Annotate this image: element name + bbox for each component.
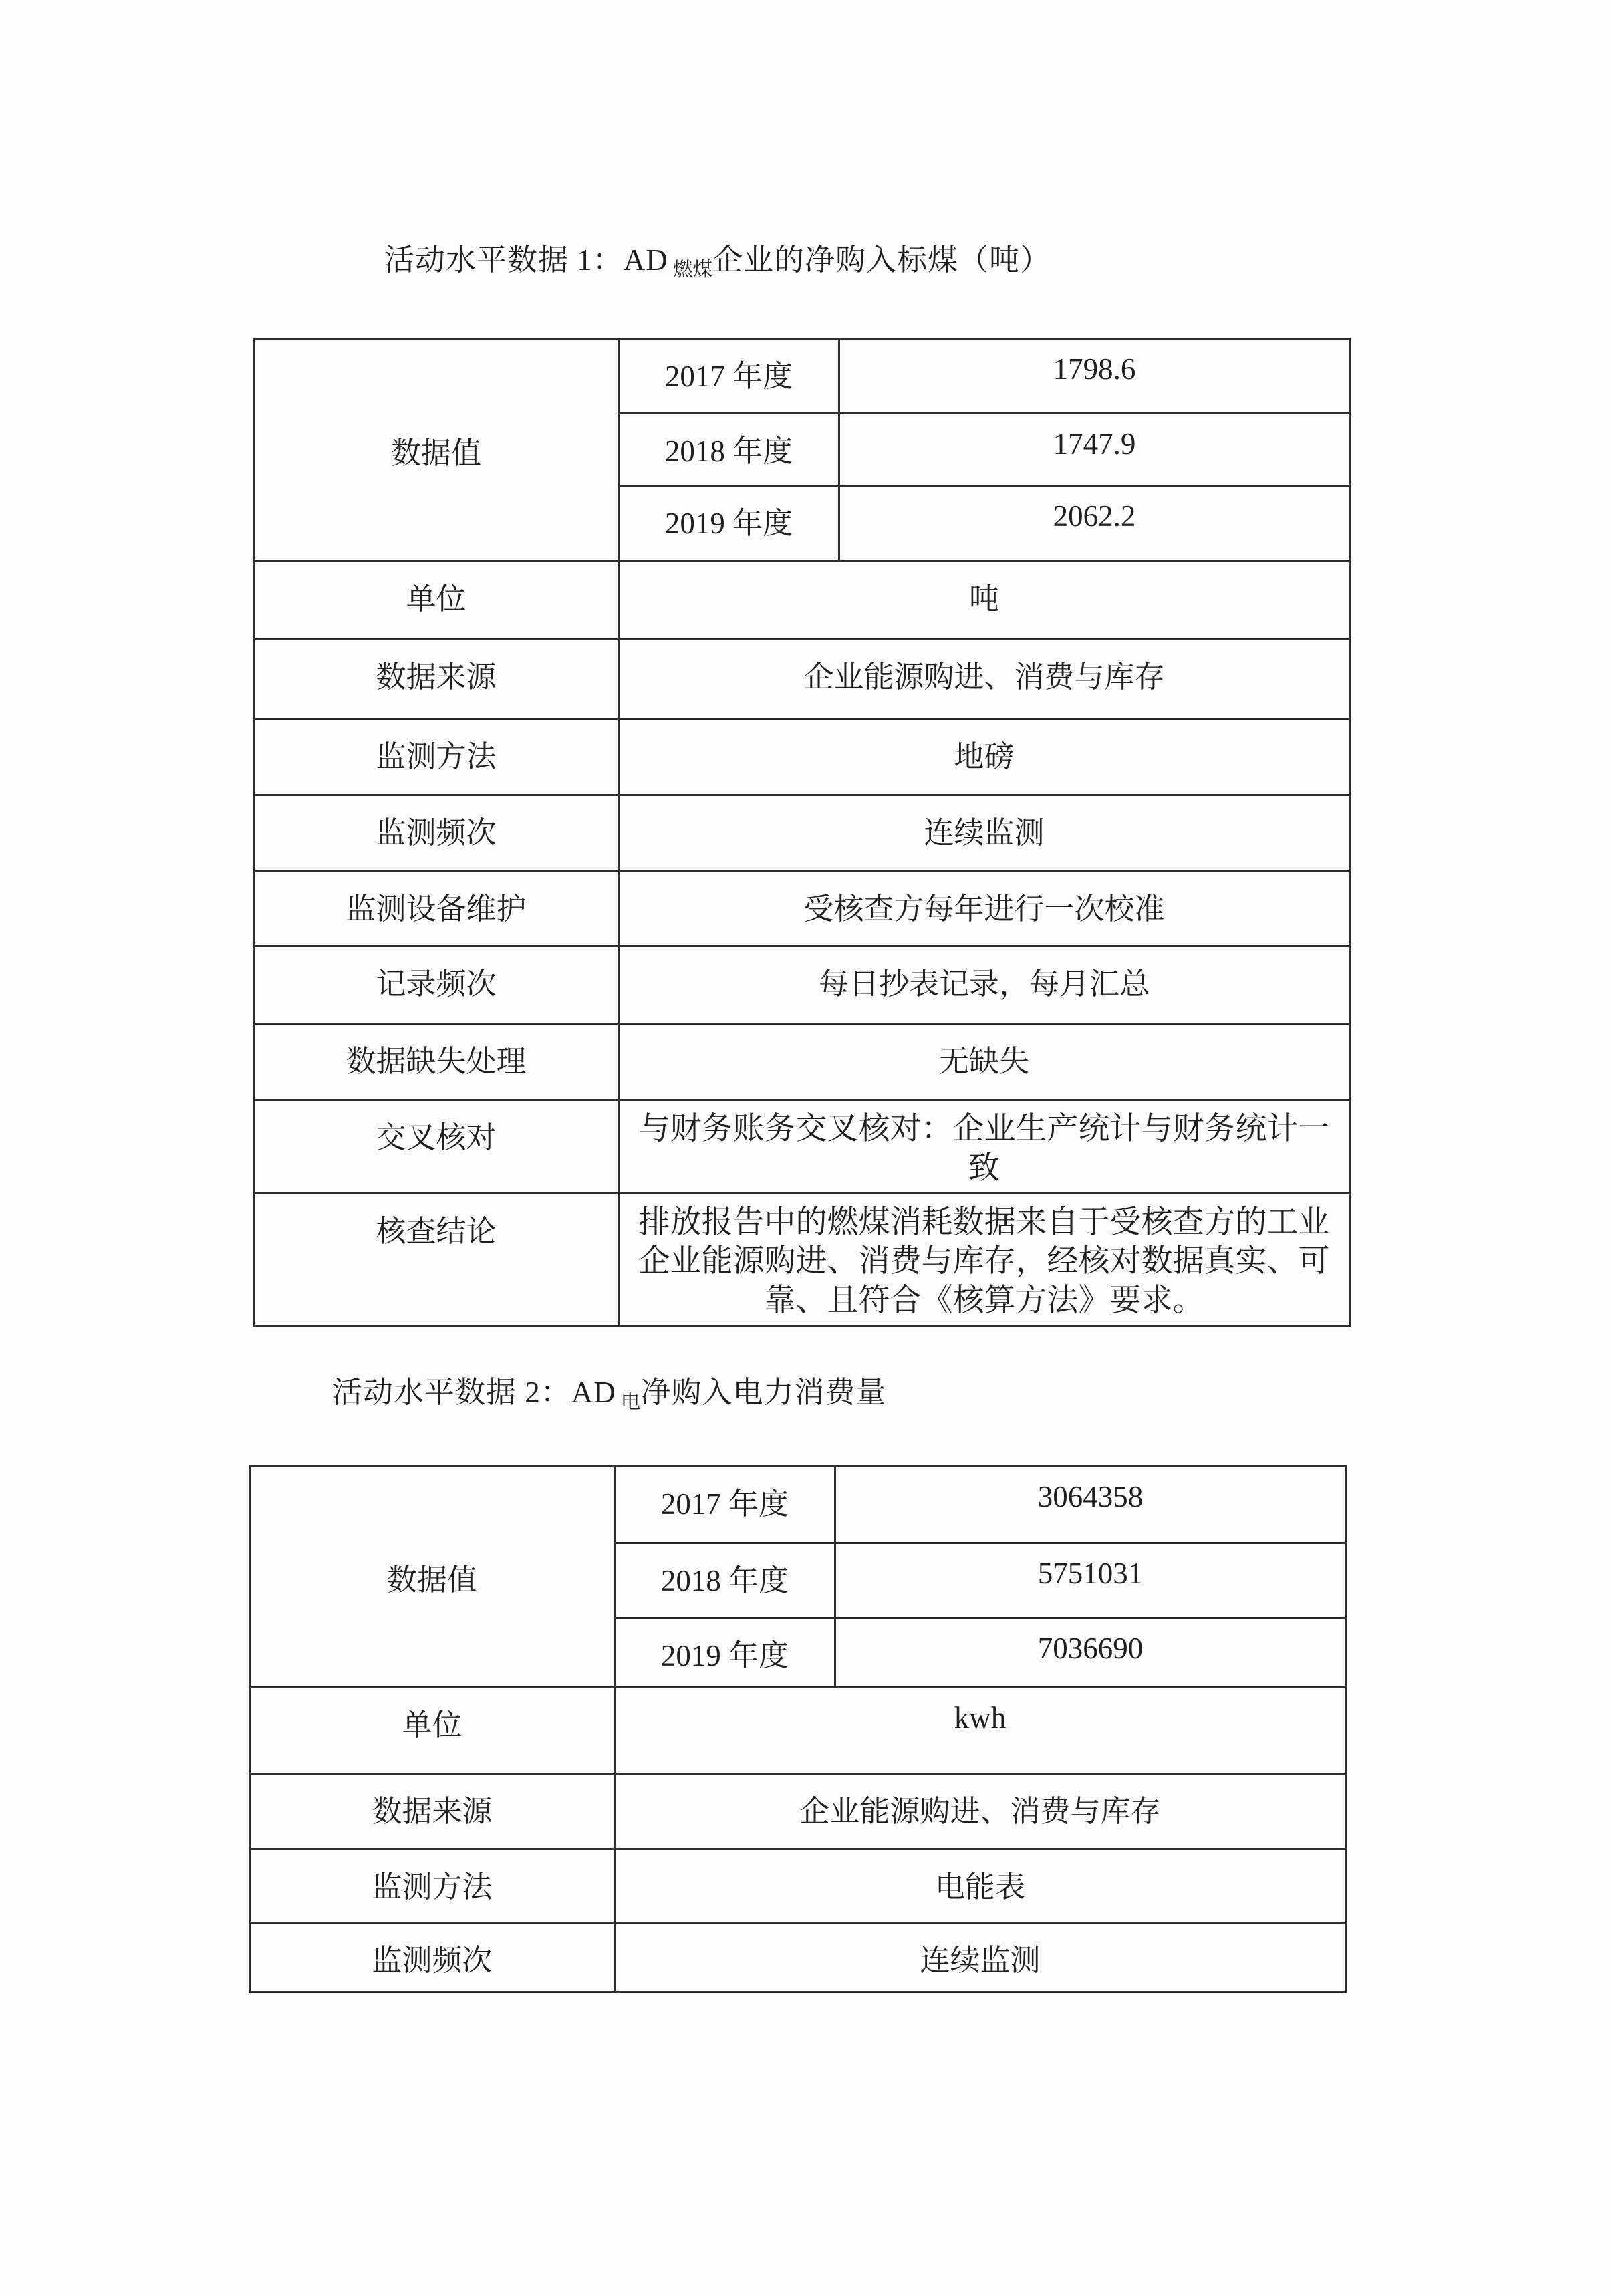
t2-year-2019: 2019 年度	[615, 1618, 835, 1688]
t1-label-cross-check: 交叉核对	[254, 1100, 619, 1194]
t2-label-monitoring-method: 监测方法	[250, 1849, 615, 1923]
t1-value-record-frequency: 每日抄表记录，每月汇总	[619, 946, 1350, 1024]
t1-label-data-source: 数据来源	[254, 640, 619, 719]
document-page: 活动水平数据 1：AD燃煤企业的净购入标煤（吨） 数据值 2017 年度 179…	[0, 0, 1610, 2296]
t2-year-2018: 2018 年度	[615, 1543, 835, 1618]
t1-label-verification-conclusion: 核查结论	[254, 1193, 619, 1325]
section1-title-prefix: 活动水平数据 1：AD	[384, 243, 668, 277]
t1-label-monitoring-frequency: 监测频次	[254, 795, 619, 872]
t1-value-cross-check: 与财务账务交叉核对：企业生产统计与财务统计一致	[619, 1100, 1350, 1194]
t2-label-unit: 单位	[250, 1688, 615, 1774]
t1-label-monitoring-method: 监测方法	[254, 719, 619, 795]
t2-value-2017: 3064358	[835, 1466, 1346, 1543]
section2-title: 活动水平数据 2：AD电净购入电力消费量	[332, 1368, 886, 1411]
t2-value-monitoring-frequency: 连续监测	[615, 1923, 1346, 1992]
section1-title-subscript: 燃煤	[673, 259, 712, 281]
t1-value-unit: 吨	[619, 561, 1350, 640]
t1-year-2019: 2019 年度	[619, 486, 839, 561]
section2-title-subscript: 电	[621, 1392, 641, 1413]
t2-value-2019: 7036690	[835, 1618, 1346, 1688]
t1-value-2018: 1747.9	[839, 414, 1350, 486]
t1-label-record-frequency: 记录频次	[254, 946, 619, 1024]
t1-label-equipment-maintenance: 监测设备维护	[254, 872, 619, 946]
t1-value-monitoring-frequency: 连续监测	[619, 795, 1350, 872]
t1-data-value-label: 数据值	[254, 339, 619, 561]
t2-value-2018: 5751031	[835, 1543, 1346, 1618]
t1-value-equipment-maintenance: 受核查方每年进行一次校准	[619, 872, 1350, 946]
t2-value-data-source: 企业能源购进、消费与库存	[615, 1774, 1346, 1849]
t1-value-verification-conclusion: 排放报告中的燃煤消耗数据来自于受核查方的工业企业能源购进、消费与库存，经核对数据…	[619, 1193, 1350, 1325]
t1-value-2019: 2062.2	[839, 486, 1350, 561]
t2-value-unit: kwh	[615, 1688, 1346, 1774]
section1-title-suffix: 企业的净购入标煤（吨）	[712, 243, 1051, 277]
t1-year-2017: 2017 年度	[619, 339, 839, 414]
t1-year-2018: 2018 年度	[619, 414, 839, 486]
section2-title-suffix: 净购入电力消费量	[640, 1376, 886, 1409]
section2-title-prefix: 活动水平数据 2：AD	[332, 1376, 616, 1409]
activity-data-table-1: 数据值 2017 年度 1798.6 2018 年度 1747.9 2019 年…	[253, 338, 1351, 1327]
t2-label-monitoring-frequency: 监测频次	[250, 1923, 615, 1992]
t2-value-monitoring-method: 电能表	[615, 1849, 1346, 1923]
t1-value-data-source: 企业能源购进、消费与库存	[619, 640, 1350, 719]
t1-value-monitoring-method: 地磅	[619, 719, 1350, 795]
t1-label-missing-data: 数据缺失处理	[254, 1024, 619, 1100]
t2-label-data-source: 数据来源	[250, 1774, 615, 1849]
t2-data-value-label: 数据值	[250, 1466, 615, 1688]
activity-data-table-2: 数据值 2017 年度 3064358 2018 年度 5751031 2019…	[249, 1465, 1347, 1993]
t1-value-missing-data: 无缺失	[619, 1024, 1350, 1100]
t2-year-2017: 2017 年度	[615, 1466, 835, 1543]
t1-value-2017: 1798.6	[839, 339, 1350, 414]
section1-title: 活动水平数据 1：AD燃煤企业的净购入标煤（吨）	[384, 235, 1051, 279]
t1-label-unit: 单位	[254, 561, 619, 640]
